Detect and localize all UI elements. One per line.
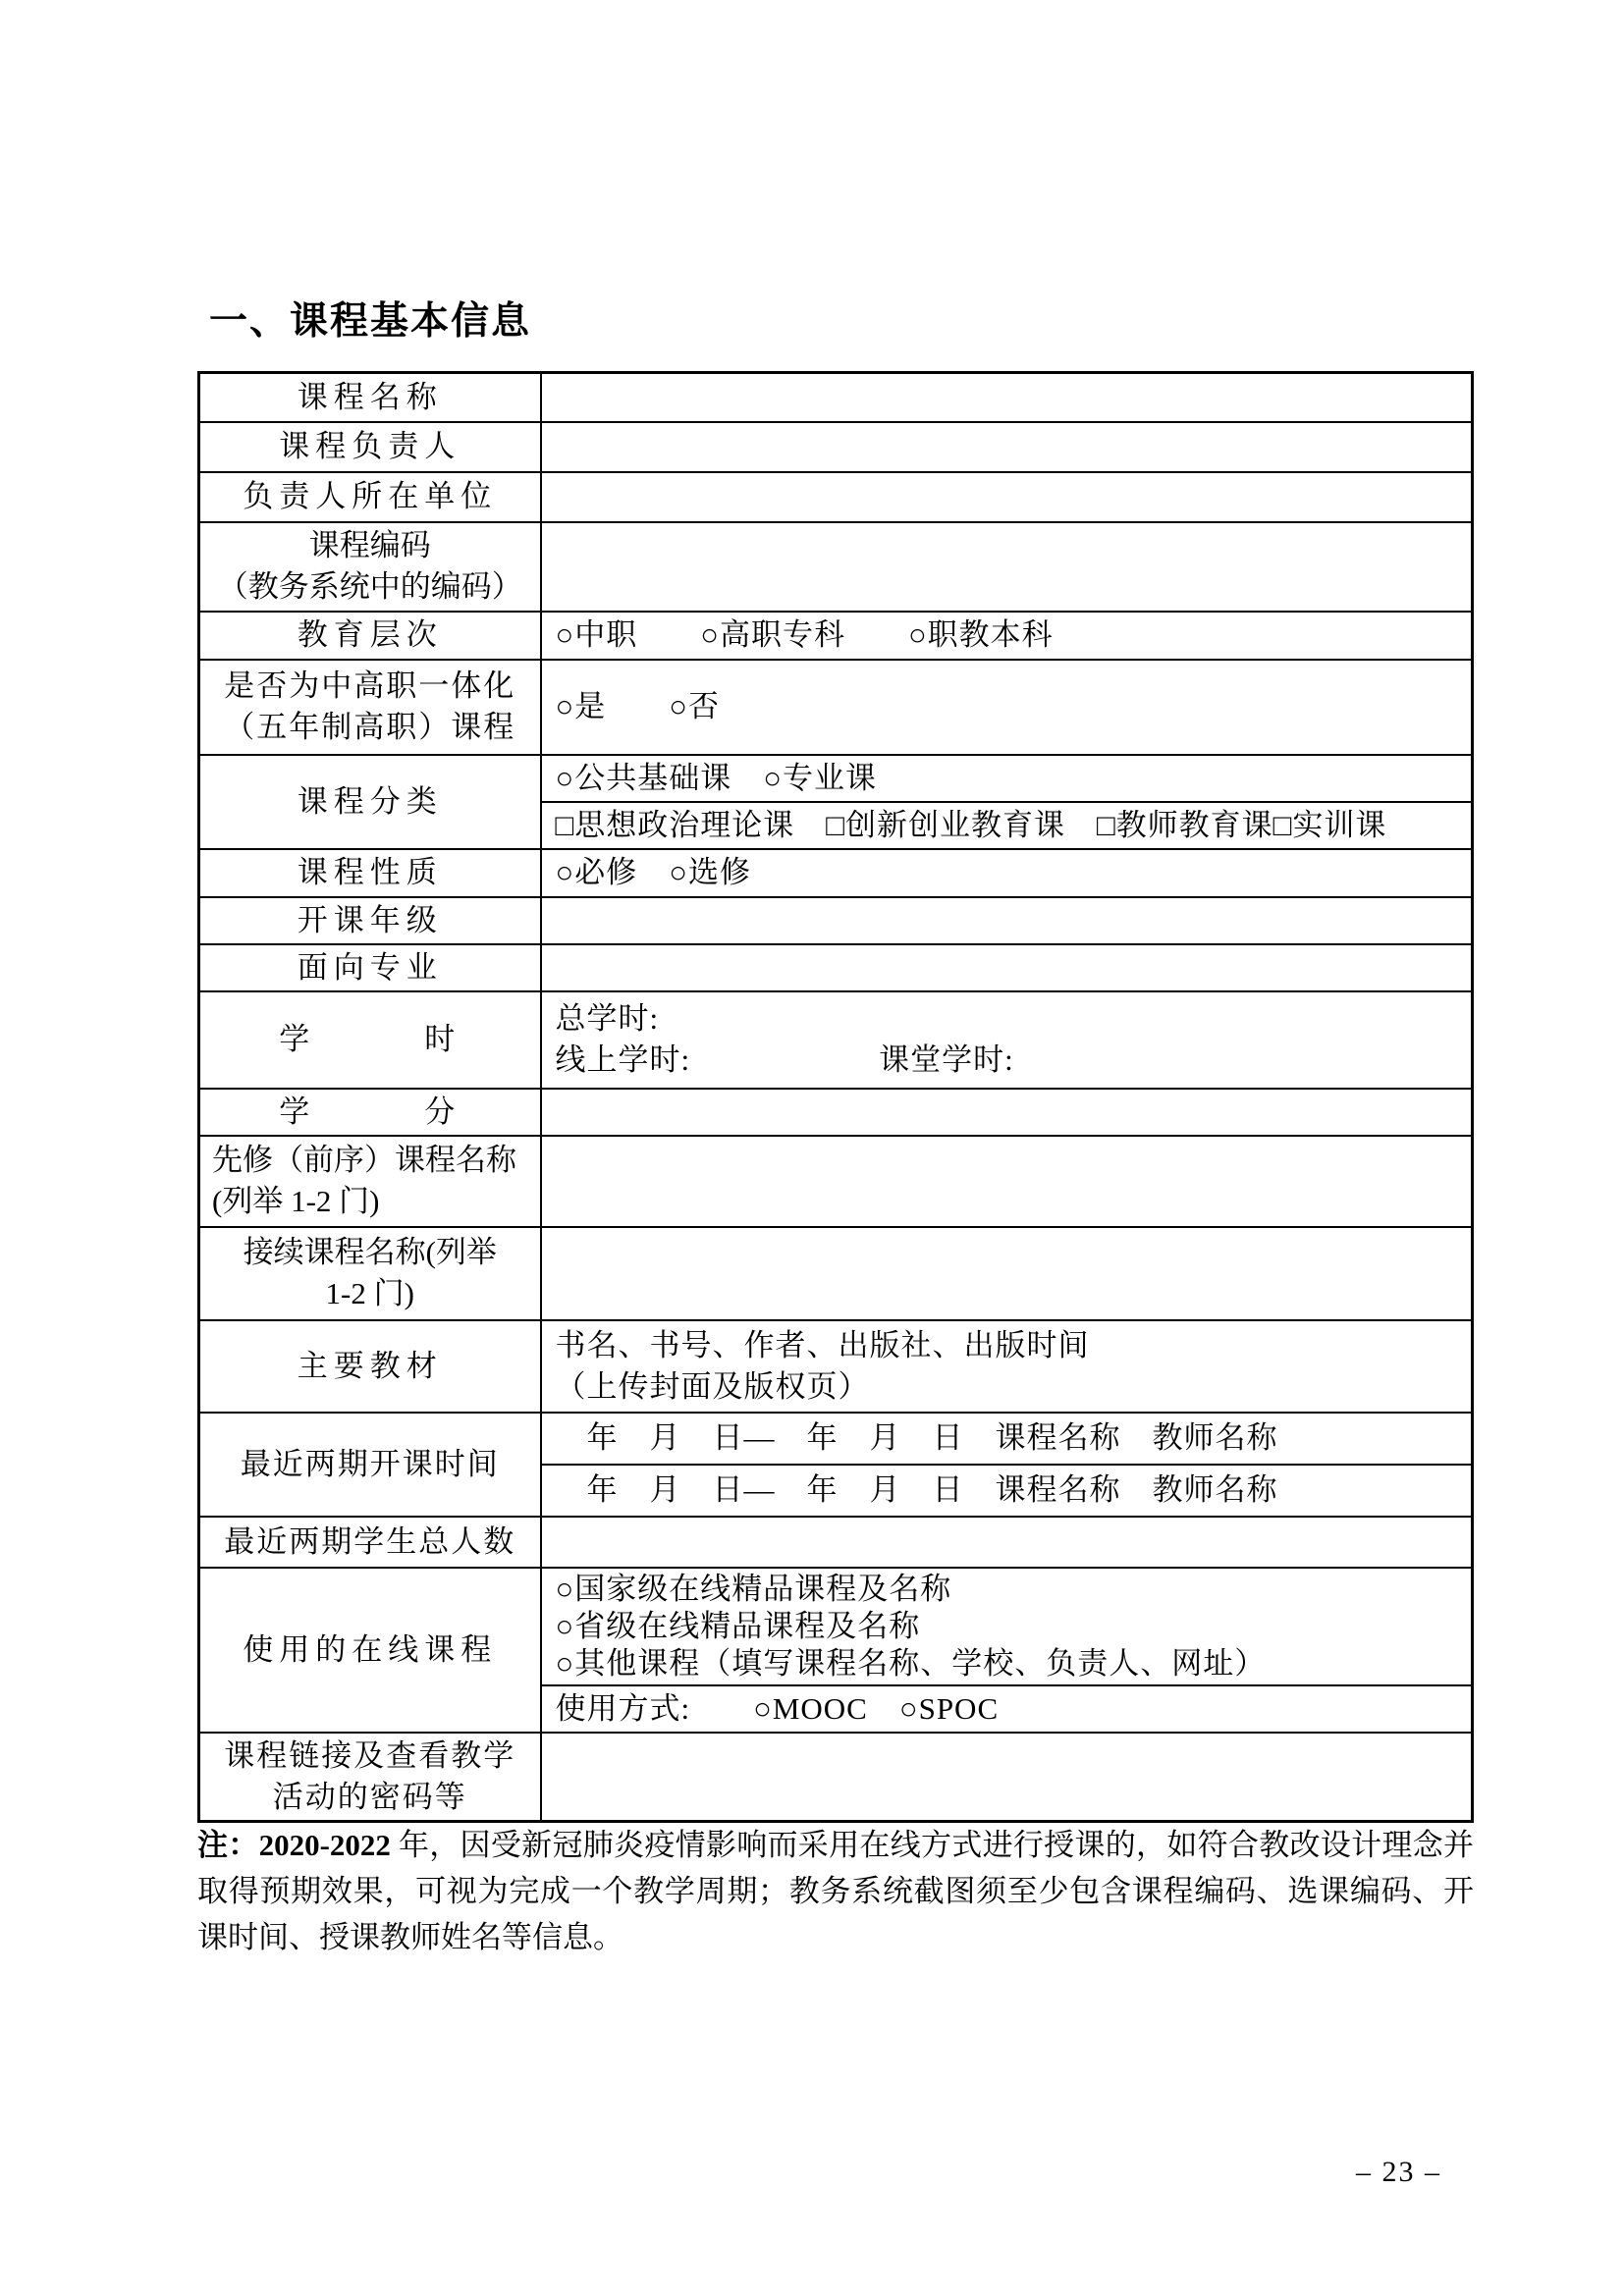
table-row: 课程分类 ○公共基础课 ○专业课 (199, 755, 1473, 802)
label-integrated-program: 是否为中高职一体化 （五年制高职）课程 (199, 660, 541, 755)
table-row: 课程负责人 (199, 422, 1473, 472)
page-title: 一、课程基本信息 (209, 291, 531, 346)
label-course-leader: 课程负责人 (199, 422, 541, 472)
table-row: 教育层次 ○中职 ○高职专科 ○职教本科 (199, 612, 1473, 660)
table-row: 先修（前序）课程名称 (列举 1-2 门) (199, 1136, 1473, 1227)
label-class-hours: 学 时 (199, 991, 541, 1089)
value-start-grade (541, 897, 1473, 944)
label-recent-sessions-time: 最近两期开课时间 (199, 1413, 541, 1517)
table-row: 课程性质 ○必修 ○选修 (199, 849, 1473, 897)
label-course-name: 课程名称 (199, 373, 541, 422)
value-credits (541, 1089, 1473, 1136)
label-start-grade: 开课年级 (199, 897, 541, 944)
value-recent-session-2: 年 月 日— 年 月 日 课程名称 教师名称 (541, 1465, 1473, 1517)
table-row: 课程编码 （教务系统中的编码） (199, 522, 1473, 612)
value-class-hours: 总学时: 线上学时: 课堂学时: (541, 991, 1473, 1089)
table-row: 最近两期开课时间 年 月 日— 年 月 日 课程名称 教师名称 (199, 1413, 1473, 1465)
table-row: 课程链接及查看教学 活动的密码等 (199, 1733, 1473, 1822)
label-education-level: 教育层次 (199, 612, 541, 660)
table-row: 使用的在线课程 ○国家级在线精品课程及名称 ○省级在线精品课程及名称 ○其他课程… (199, 1568, 1473, 1685)
value-education-level-options: ○中职 ○高职专科 ○职教本科 (541, 612, 1473, 660)
table-row: 接续课程名称(列举 1-2 门) (199, 1227, 1473, 1320)
value-online-course-usage-mode: 使用方式: ○MOOC ○SPOC (541, 1685, 1473, 1733)
label-follow-up-courses: 接续课程名称(列举 1-2 门) (199, 1227, 541, 1320)
course-info-table: 课程名称 课程负责人 负责人所在单位 课程编码 （教务系统中的编码） 教育层次 … (197, 371, 1474, 1823)
label-course-link-password: 课程链接及查看教学 活动的密码等 (199, 1733, 541, 1822)
label-prerequisite-courses: 先修（前序）课程名称 (列举 1-2 门) (199, 1136, 541, 1227)
label-course-code: 课程编码 （教务系统中的编码） (199, 522, 541, 612)
value-course-category-checkboxes: □思想政治理论课 □创新创业教育课 □教师教育课□实训课 (541, 802, 1473, 849)
footnote: 注：2020-2022 年，因受新冠肺炎疫情影响而采用在线方式进行授课的，如符合… (197, 1822, 1474, 1960)
value-leader-unit (541, 472, 1473, 522)
table-row: 面向专业 (199, 944, 1473, 991)
value-course-category-options: ○公共基础课 ○专业课 (541, 755, 1473, 802)
table-row: 最近两期学生总人数 (199, 1517, 1473, 1568)
table-row: 开课年级 (199, 897, 1473, 944)
table-row: 负责人所在单位 (199, 472, 1473, 522)
page-number: – 23 – (1356, 2156, 1441, 2189)
value-course-code (541, 522, 1473, 612)
value-main-textbook: 书名、书号、作者、出版社、出版时间 （上传封面及版权页） (541, 1320, 1473, 1413)
table-row: 是否为中高职一体化 （五年制高职）课程 ○是 ○否 (199, 660, 1473, 755)
footnote-bold-prefix: 注：2020-2022 (197, 1828, 391, 1862)
label-online-course-used: 使用的在线课程 (199, 1568, 541, 1733)
value-recent-student-total (541, 1517, 1473, 1568)
label-course-category: 课程分类 (199, 755, 541, 849)
value-online-course-options: ○国家级在线精品课程及名称 ○省级在线精品课程及名称 ○其他课程（填写课程名称、… (541, 1568, 1473, 1685)
table-row: 课程名称 (199, 373, 1473, 422)
table-row: 学 分 (199, 1089, 1473, 1136)
value-integrated-program-options: ○是 ○否 (541, 660, 1473, 755)
table-row: 主要教材 书名、书号、作者、出版社、出版时间 （上传封面及版权页） (199, 1320, 1473, 1413)
label-main-textbook: 主要教材 (199, 1320, 541, 1413)
value-target-majors (541, 944, 1473, 991)
document-page: 一、课程基本信息 课程名称 课程负责人 负责人所在单位 课程编码 （教务系统中的… (0, 0, 1624, 2296)
label-course-nature: 课程性质 (199, 849, 541, 897)
label-target-majors: 面向专业 (199, 944, 541, 991)
label-credits: 学 分 (199, 1089, 541, 1136)
table-row: 学 时 总学时: 线上学时: 课堂学时: (199, 991, 1473, 1089)
value-follow-up-courses (541, 1227, 1473, 1320)
label-recent-student-total: 最近两期学生总人数 (199, 1517, 541, 1568)
value-prerequisite-courses (541, 1136, 1473, 1227)
value-course-link-password (541, 1733, 1473, 1822)
label-leader-unit: 负责人所在单位 (199, 472, 541, 522)
value-recent-session-1: 年 月 日— 年 月 日 课程名称 教师名称 (541, 1413, 1473, 1465)
value-course-name (541, 373, 1473, 422)
value-course-nature-options: ○必修 ○选修 (541, 849, 1473, 897)
value-course-leader (541, 422, 1473, 472)
